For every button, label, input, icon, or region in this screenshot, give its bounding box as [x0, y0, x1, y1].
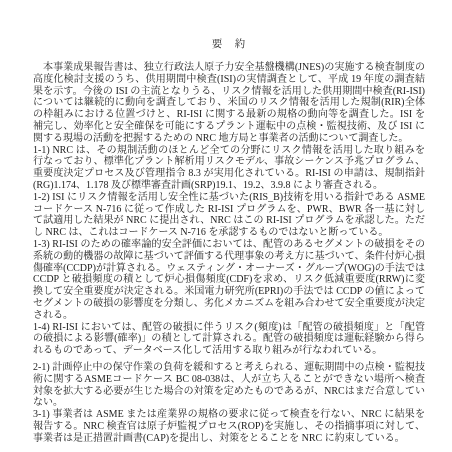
paragraph-1-2: 1-2) ISI にリスク情報を活用し安全性に基づいた(RIS_B)技術を用いる…: [33, 192, 425, 239]
paragraph-1-3: 1-3) RI-ISI のための確率論的安全評価においては、配管のあるセグメント…: [33, 239, 425, 322]
document-page: 要 約 本事業成果報告書は、独立行政法人原子力安全基盤機構(JNES)の実施する…: [0, 0, 452, 452]
paragraph-2-1: 2-1) 計画停止中の保守作業の負荷を緩和すると考えられる、運転期間中の点検・監…: [33, 362, 425, 409]
paragraph-3-1: 3-1) 事業者は ASME または産業界の規格の要求に従って検査を行ない、NR…: [33, 409, 425, 444]
paragraph-1-4: 1-4) RI-ISI においては、配管の破損に伴うリスク(頻度)は「配管の破損…: [33, 322, 425, 357]
document-title: 要 約: [33, 36, 425, 51]
paragraph-intro: 本事業成果報告書は、独立行政法人原子力安全基盤機構(JNES)の実施する検査制度…: [33, 62, 425, 145]
paragraph-1-1: 1-1) NRC は、その規制活動のほとんど全ての分野にリスク情報を活用した取り…: [33, 145, 425, 192]
